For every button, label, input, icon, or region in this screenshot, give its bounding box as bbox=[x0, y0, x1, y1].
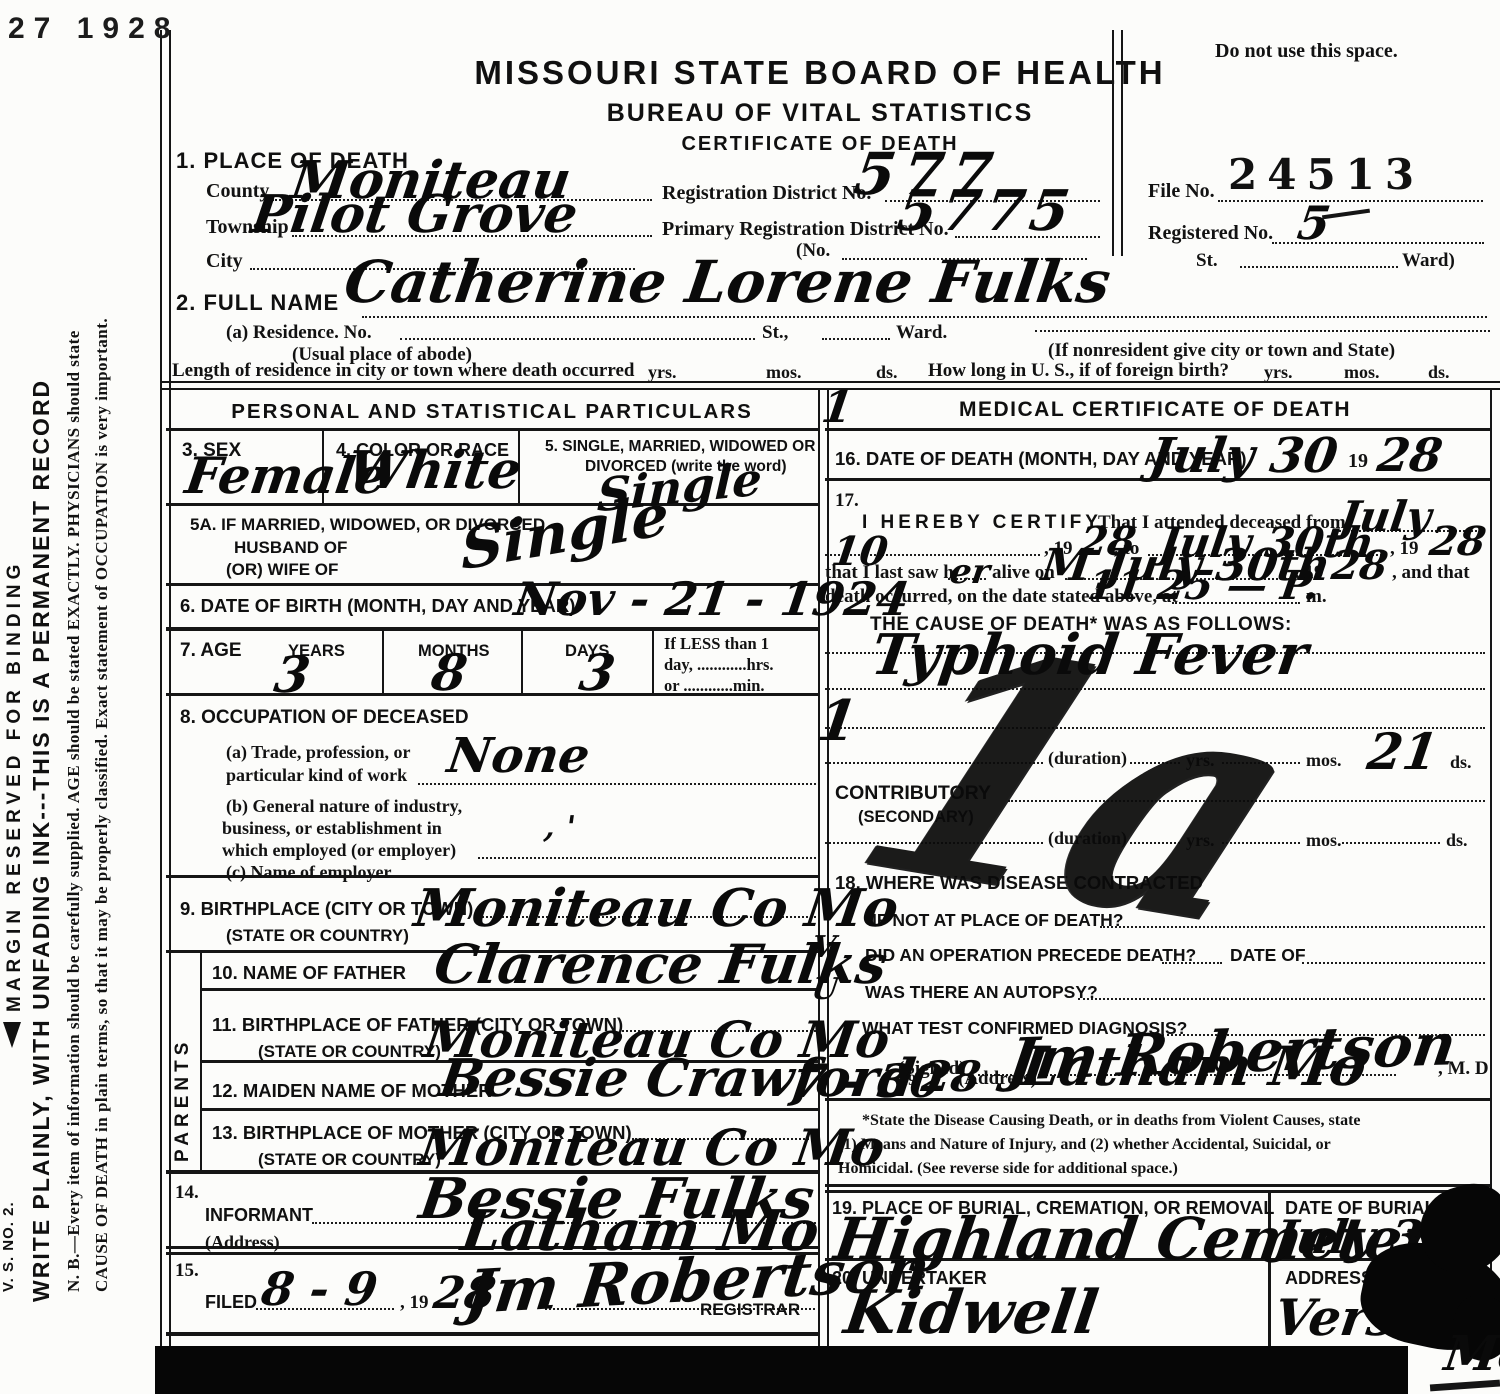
birthplace-state-label: (STATE OR COUNTRY) bbox=[226, 926, 409, 946]
date-of-death-value: July 30 bbox=[1146, 428, 1341, 484]
nb-note: N. B.—Every item of information should b… bbox=[64, 318, 112, 1292]
death-time-value: 11 25 — P. bbox=[1085, 562, 1322, 609]
city-label: City bbox=[206, 250, 243, 273]
residence-label: (a) Residence. No. bbox=[226, 322, 372, 344]
medical-stray-1: 1 bbox=[818, 382, 856, 433]
age-divider-3 bbox=[652, 630, 654, 693]
margin-check-1: V bbox=[810, 930, 838, 965]
duration1-ds: ds. bbox=[1450, 752, 1472, 773]
medical-section-title: MEDICAL CERTIFICATE OF DEATH bbox=[825, 398, 1485, 422]
less-than-label-3: or ............min. bbox=[664, 676, 765, 696]
duration1-mos: mos. bbox=[1306, 750, 1342, 771]
nonresident-label: (If nonresident give city or town and St… bbox=[1048, 340, 1395, 362]
race-value: White bbox=[344, 440, 526, 501]
form-number-vertical: V. S. NO. 2. bbox=[0, 1201, 17, 1292]
item-17-number: 17. bbox=[835, 490, 859, 512]
write-plainly-note: WRITE PLAINLY, WITH UNFADING INK---THIS … bbox=[28, 379, 55, 1302]
personal-section-title: PERSONAL AND STATISTICAL PARTICULARS bbox=[166, 400, 818, 424]
file-no-label: File No. bbox=[1148, 180, 1215, 203]
rule-under-footnote-b bbox=[825, 1190, 1490, 1193]
footnote-line-3: Homicidal. (See reverse side for additio… bbox=[838, 1160, 1178, 1178]
residence-ward-label: Ward. bbox=[896, 322, 947, 344]
us-mos-label: mos. bbox=[1344, 362, 1380, 383]
age-divider-1 bbox=[382, 630, 384, 693]
father-birthplace-state-label: (STATE OR COUNTRY) bbox=[258, 1042, 441, 1062]
rule-under-personal-title bbox=[166, 428, 818, 431]
corner-note-value: Mo bbox=[1441, 1326, 1500, 1382]
rule-under-dob bbox=[166, 627, 818, 631]
length-residence-label: Length of residence in city or town wher… bbox=[172, 360, 634, 382]
duration2-ds-line bbox=[1342, 842, 1440, 844]
husband-of-label: HUSBAND OF bbox=[234, 538, 347, 558]
informant-label: INFORMANT bbox=[205, 1205, 313, 1226]
to-year-value: 28 bbox=[1427, 518, 1489, 565]
dob-value: Nov - 21 - 1924 bbox=[511, 572, 912, 626]
primary-reg-value: 5775 bbox=[893, 178, 1078, 244]
hereby-certify-label: I HEREBY CERTIFY, bbox=[862, 512, 1109, 534]
death-certificate-scan: 27 1928 V. S. NO. 2. MARGIN RESERVED FOR… bbox=[0, 0, 1500, 1394]
reg-district-label: Registration District No. bbox=[662, 182, 871, 205]
residence-ward-lead bbox=[822, 338, 890, 340]
rule-under-footnote-a bbox=[825, 1184, 1490, 1187]
nonresident-line bbox=[1035, 330, 1490, 332]
us-ds-label: ds. bbox=[1428, 362, 1450, 383]
medical-stray-stroke: 1 bbox=[813, 688, 861, 754]
less-than-label-1: If LESS than 1 bbox=[664, 634, 769, 654]
age-divider-2 bbox=[521, 630, 523, 693]
bottom-redaction-bar bbox=[155, 1346, 1408, 1394]
date-of-line bbox=[1302, 962, 1485, 964]
age-label: 7. AGE bbox=[180, 640, 242, 662]
item-15-number: 15. bbox=[175, 1260, 199, 1282]
occupation-c-label: (c) Name of employer bbox=[226, 862, 391, 883]
alive-year-value: 28 bbox=[1329, 542, 1391, 589]
duration2-mos: mos. bbox=[1306, 830, 1342, 851]
cause-duration-value: 21 bbox=[1364, 722, 1442, 781]
do-not-use-label: Do not use this space. bbox=[1215, 40, 1398, 63]
rule-bottom-left bbox=[166, 1332, 818, 1336]
occupation-b-label-1: (b) General nature of industry, bbox=[226, 796, 462, 817]
autopsy-label: WAS THERE AN AUTOPSY? bbox=[865, 982, 1098, 1003]
full-name-value: Catherine Lorene Fulks bbox=[340, 248, 1114, 316]
binding-arrow-icon bbox=[3, 1022, 21, 1048]
left-border bbox=[160, 30, 171, 1346]
residence-st-label: St., bbox=[762, 322, 788, 344]
registered-no-label: Registered No. bbox=[1148, 222, 1273, 245]
from-day-value: 10 bbox=[829, 528, 891, 575]
how-long-us-label: How long in U. S., if of foreign birth? bbox=[928, 360, 1229, 382]
occupation-b-label-2: business, or establishment in bbox=[222, 818, 442, 839]
occupation-title: 8. OCCUPATION OF DECEASED bbox=[180, 707, 469, 729]
file-no-line bbox=[1218, 200, 1483, 202]
signed-date-value: 7 - 30 bbox=[791, 1054, 946, 1108]
undertaker-value: Kidwell bbox=[840, 1278, 1102, 1348]
binding-margin-note: MARGIN RESERVED FOR BINDING bbox=[4, 560, 26, 1012]
date-stamp: 27 1928 bbox=[8, 12, 179, 46]
residence-no-line bbox=[400, 338, 755, 340]
length-mos-label: mos. bbox=[766, 362, 802, 383]
dod-year-value: 28 bbox=[1374, 428, 1446, 482]
item-14-number: 14. bbox=[175, 1182, 199, 1204]
father-name-label: 10. NAME OF FATHER bbox=[212, 962, 406, 984]
physician-address-value: Latham Mo bbox=[1018, 1034, 1371, 1098]
to-19-label: , 19 bbox=[1390, 538, 1419, 560]
filed-19-label: , 19 bbox=[400, 1292, 429, 1314]
city-st-line bbox=[1240, 266, 1398, 268]
wife-of-label: (OR) WIFE OF bbox=[226, 560, 338, 580]
filed-date-value: 8 - 9 bbox=[258, 1262, 381, 1316]
do-not-use-box-border bbox=[1112, 30, 1123, 256]
occupation-a-label-1: (a) Trade, profession, or bbox=[226, 742, 411, 763]
duration2-ds: ds. bbox=[1446, 830, 1468, 851]
nb-note-line2: CAUSE OF DEATH in plain terms, so that i… bbox=[92, 318, 112, 1292]
full-name-title: 2. FULL NAME bbox=[176, 290, 339, 316]
nb-note-line1: N. B.—Every item of information should b… bbox=[64, 318, 84, 1292]
date-of-label: DATE OF bbox=[1230, 945, 1306, 966]
footnote-line-1: *State the Disease Causing Death, or in … bbox=[862, 1112, 1361, 1130]
autopsy-line bbox=[1078, 998, 1485, 1000]
footnote-line-2: (1) Means and Nature of Injury, and (2) … bbox=[838, 1136, 1331, 1154]
length-ds-label: ds. bbox=[876, 362, 898, 383]
occupation-stray-marks: , ' bbox=[543, 810, 578, 845]
city-st-label: St. bbox=[1196, 250, 1218, 272]
parents-vertical-label: PARENTS bbox=[172, 1038, 194, 1162]
city-ward-label: Ward) bbox=[1402, 250, 1455, 272]
length-yrs-label: yrs. bbox=[648, 362, 677, 383]
full-name-line bbox=[362, 316, 1487, 318]
mother-birthplace-state-label: (STATE OR COUNTRY) bbox=[258, 1150, 441, 1170]
marital-label-1: 5. SINGLE, MARRIED, WIDOWED OR bbox=[545, 438, 815, 456]
occupation-b-label-3: which employed (or employer) bbox=[222, 840, 456, 861]
us-yrs-label: yrs. bbox=[1264, 362, 1293, 383]
less-than-label-2: day, ............hrs. bbox=[664, 655, 774, 675]
filed-label: FILED bbox=[205, 1292, 257, 1313]
township-value: Pilot Grove bbox=[248, 184, 582, 245]
occupation-a-label-2: particular kind of work bbox=[226, 765, 407, 786]
occupation-b-line bbox=[478, 857, 816, 859]
informant-address-label: (Address) bbox=[205, 1232, 280, 1253]
file-no-value: 24513 bbox=[1228, 150, 1424, 199]
and-that-label: , and that bbox=[1392, 562, 1470, 584]
margin-check-2: U bbox=[810, 972, 841, 1007]
dod-19-label: 19 bbox=[1348, 450, 1368, 473]
occupation-a-value: None bbox=[444, 728, 593, 784]
